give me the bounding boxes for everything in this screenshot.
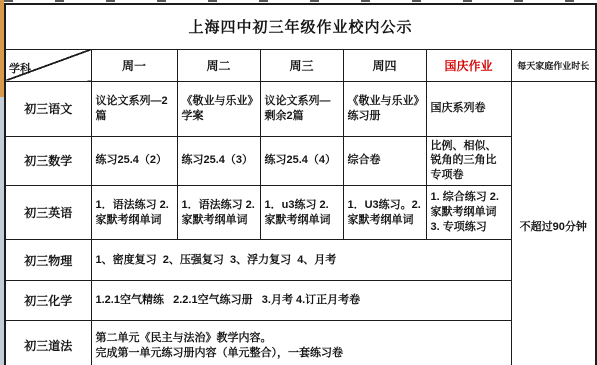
chinese-holiday: 国庆系列卷 xyxy=(426,81,511,136)
ethics-week-plan: 第二单元《民主与法治》教学内容。 完成第一单元练习册内容（单元整合），一套练习卷 xyxy=(91,321,511,365)
table-row-chinese: 初三语文 议论文系列—2篇 《敬业与乐业》学案 议论文系列—剩余2篇 《敬业与乐… xyxy=(5,81,596,136)
daily-duration-note: 不超过90分钟 xyxy=(511,81,596,365)
english-monday: 1．语法练习 2. 家默考纲单词 xyxy=(91,186,177,240)
chinese-wednesday: 议论文系列—剩余2篇 xyxy=(260,81,343,136)
math-holiday: 比例、相似、锐角的三角比专项卷 xyxy=(426,136,511,186)
table-row-ethics: 初三道法 第二单元《民主与法治》教学内容。 完成第一单元练习册内容（单元整合），… xyxy=(5,321,596,365)
table-row-english: 初三英语 1．语法练习 2. 家默考纲单词 1．语法练习 2. 家默考纲单词 1… xyxy=(5,186,596,240)
page-title: 上海四中初三年级作业校内公示 xyxy=(5,4,596,49)
chemistry-week-plan: 1.2.1空气精练 2.2.1空气练习册 3.月考 4.订正月考卷 xyxy=(91,281,511,321)
chinese-tuesday: 《敬业与乐业》学案 xyxy=(177,81,260,136)
corner-label: 学科 xyxy=(9,60,31,76)
subject-english: 初三英语 xyxy=(5,186,91,240)
subject-ethics: 初三道法 xyxy=(5,321,91,365)
notice-photo: 上海四中初三年级作业校内公示 学科 周一 周二 周三 周四 国庆作业 每天家庭作… xyxy=(0,0,597,365)
col-header-duration: 每天家庭作业时长 xyxy=(511,49,596,81)
physics-week-plan: 1、密度复习 2、压强复习 3、浮力复习 4、月考 xyxy=(91,240,511,281)
subject-chinese: 初三语文 xyxy=(5,81,91,136)
subject-physics: 初三物理 xyxy=(5,240,91,281)
homework-table: 上海四中初三年级作业校内公示 学科 周一 周二 周三 周四 国庆作业 每天家庭作… xyxy=(4,3,597,365)
subject-math: 初三数学 xyxy=(5,136,91,186)
math-tuesday: 练习25.4（3） xyxy=(177,136,260,186)
english-thursday: 1．U3练习。2. 家默考纲单词 xyxy=(343,186,426,240)
english-holiday: 1. 综合练习 2. 家默考纲单词 3. 专项练习 xyxy=(426,186,511,240)
math-wednesday: 练习25.4（4） xyxy=(260,136,343,186)
math-thursday: 综合卷 xyxy=(343,136,426,186)
table-row-physics: 初三物理 1、密度复习 2、压强复习 3、浮力复习 4、月考 xyxy=(5,240,596,281)
ethics-line-2: 完成第一单元练习册内容（单元整合），一套练习卷 xyxy=(96,346,507,361)
english-tuesday: 1．语法练习 2. 家默考纲单词 xyxy=(177,186,260,240)
col-header-wednesday: 周三 xyxy=(260,49,343,81)
table-row-chemistry: 初三化学 1.2.1空气精练 2.2.1空气练习册 3.月考 4.订正月考卷 xyxy=(5,281,596,321)
math-monday: 练习25.4（2） xyxy=(91,136,177,186)
english-wednesday: 1．u3练习 2. 家默考纲单词 xyxy=(260,186,343,240)
col-header-national-day: 国庆作业 xyxy=(426,49,511,81)
col-header-tuesday: 周二 xyxy=(177,49,260,81)
subject-chemistry: 初三化学 xyxy=(5,281,91,321)
col-header-monday: 周一 xyxy=(91,49,177,81)
corner-cell: 学科 xyxy=(5,49,91,81)
col-header-thursday: 周四 xyxy=(343,49,426,81)
chinese-monday: 议论文系列—2篇 xyxy=(91,81,177,136)
cropped-row-remnant xyxy=(4,0,595,2)
chinese-thursday: 《敬业与乐业》练习册 xyxy=(343,81,426,136)
ethics-line-1: 第二单元《民主与法治》教学内容。 xyxy=(96,331,507,346)
table-row-math: 初三数学 练习25.4（2） 练习25.4（3） 练习25.4（4） 综合卷 比… xyxy=(5,136,596,186)
